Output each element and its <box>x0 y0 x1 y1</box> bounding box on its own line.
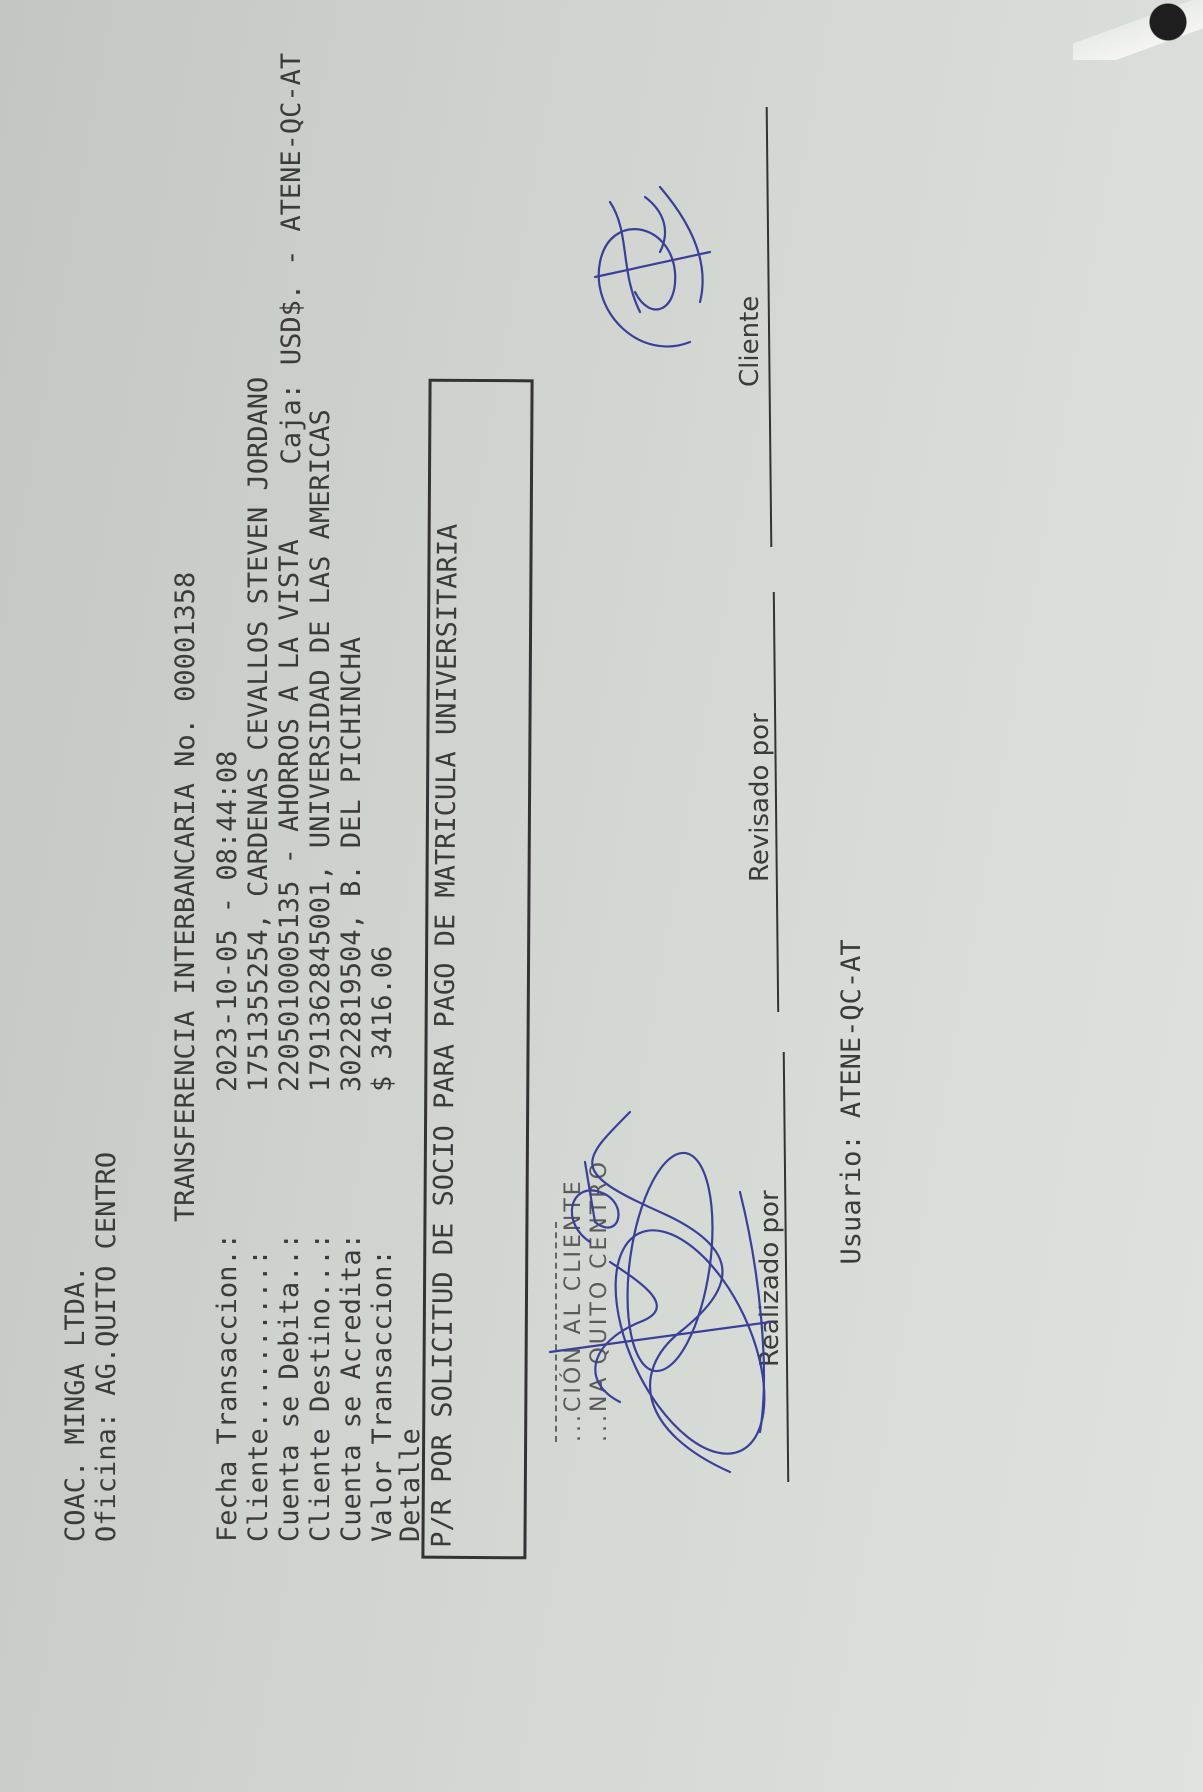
field-label: Cuenta se Debita..: <box>274 1092 305 1542</box>
detail-box: P/R POR SOLICITUD DE SOCIO PARA PAGO DE … <box>421 379 533 1560</box>
field-label: Cuenta se Acredita: <box>336 1092 367 1542</box>
receipt-header: COAC. MINGA LTDA. Oficina: AG.QUITO CENT… <box>60 1152 122 1542</box>
field-value: $ 3416.06 <box>367 946 398 1092</box>
field-row-credit-account: Cuenta se Acredita: 3022819504, B. DEL P… <box>336 377 367 1542</box>
office-value: AG.QUITO CENTRO <box>91 1152 122 1396</box>
caja-separator: - <box>276 250 307 266</box>
caja-label: Caja: <box>276 383 307 464</box>
institution-name: COAC. MINGA LTDA. <box>60 1152 91 1542</box>
cashier-info: Caja:USD$.-ATENE-QC-AT <box>245 35 338 562</box>
cliente-handwritten-signature <box>560 172 737 372</box>
field-value: 3022819504, B. DEL PICHINCHA <box>336 637 367 1092</box>
footer-user: Usuario: ATENE-QC-AT <box>805 939 898 1362</box>
cliente-signature-line <box>766 107 773 547</box>
caja-user: ATENE-QC-AT <box>276 53 307 232</box>
field-value: 2205010005135 - AHORROS A LA VISTA <box>274 539 305 1092</box>
field-value: 2023-10-05 - 08:44:08 <box>212 751 243 1092</box>
field-row-date: Fecha Transaccion.: 2023-10-05 - 08:44:0… <box>212 377 243 1542</box>
field-label: Valor Transaccion: <box>367 1092 398 1542</box>
footer-user-label: Usuario: <box>836 1134 867 1264</box>
caja-currency: USD$. <box>276 284 307 365</box>
realizado-handwritten-signature <box>520 1072 807 1492</box>
cliente-label: Cliente <box>735 296 766 387</box>
office-line: Oficina: AG.QUITO CENTRO <box>91 1152 122 1542</box>
footer-user-value: ATENE-QC-AT <box>836 939 867 1118</box>
field-label: Cliente..........: <box>243 1092 274 1542</box>
transfer-receipt: COAC. MINGA LTDA. Oficina: AG.QUITO CENT… <box>0 0 1203 1792</box>
receipt-title: TRANSFERENCIA INTERBANCARIA No. 00001358 <box>170 572 201 1222</box>
detail-text: P/R POR SOLICITUD DE SOCIO PARA PAGO DE … <box>426 524 463 1548</box>
revisado-label: Revisado por <box>745 713 776 882</box>
field-label: Fecha Transaccion.: <box>212 1092 243 1542</box>
field-row-amount: Valor Transaccion: $ 3416.06 <box>367 377 398 1542</box>
field-label: Cliente Destino...: <box>305 1092 336 1542</box>
